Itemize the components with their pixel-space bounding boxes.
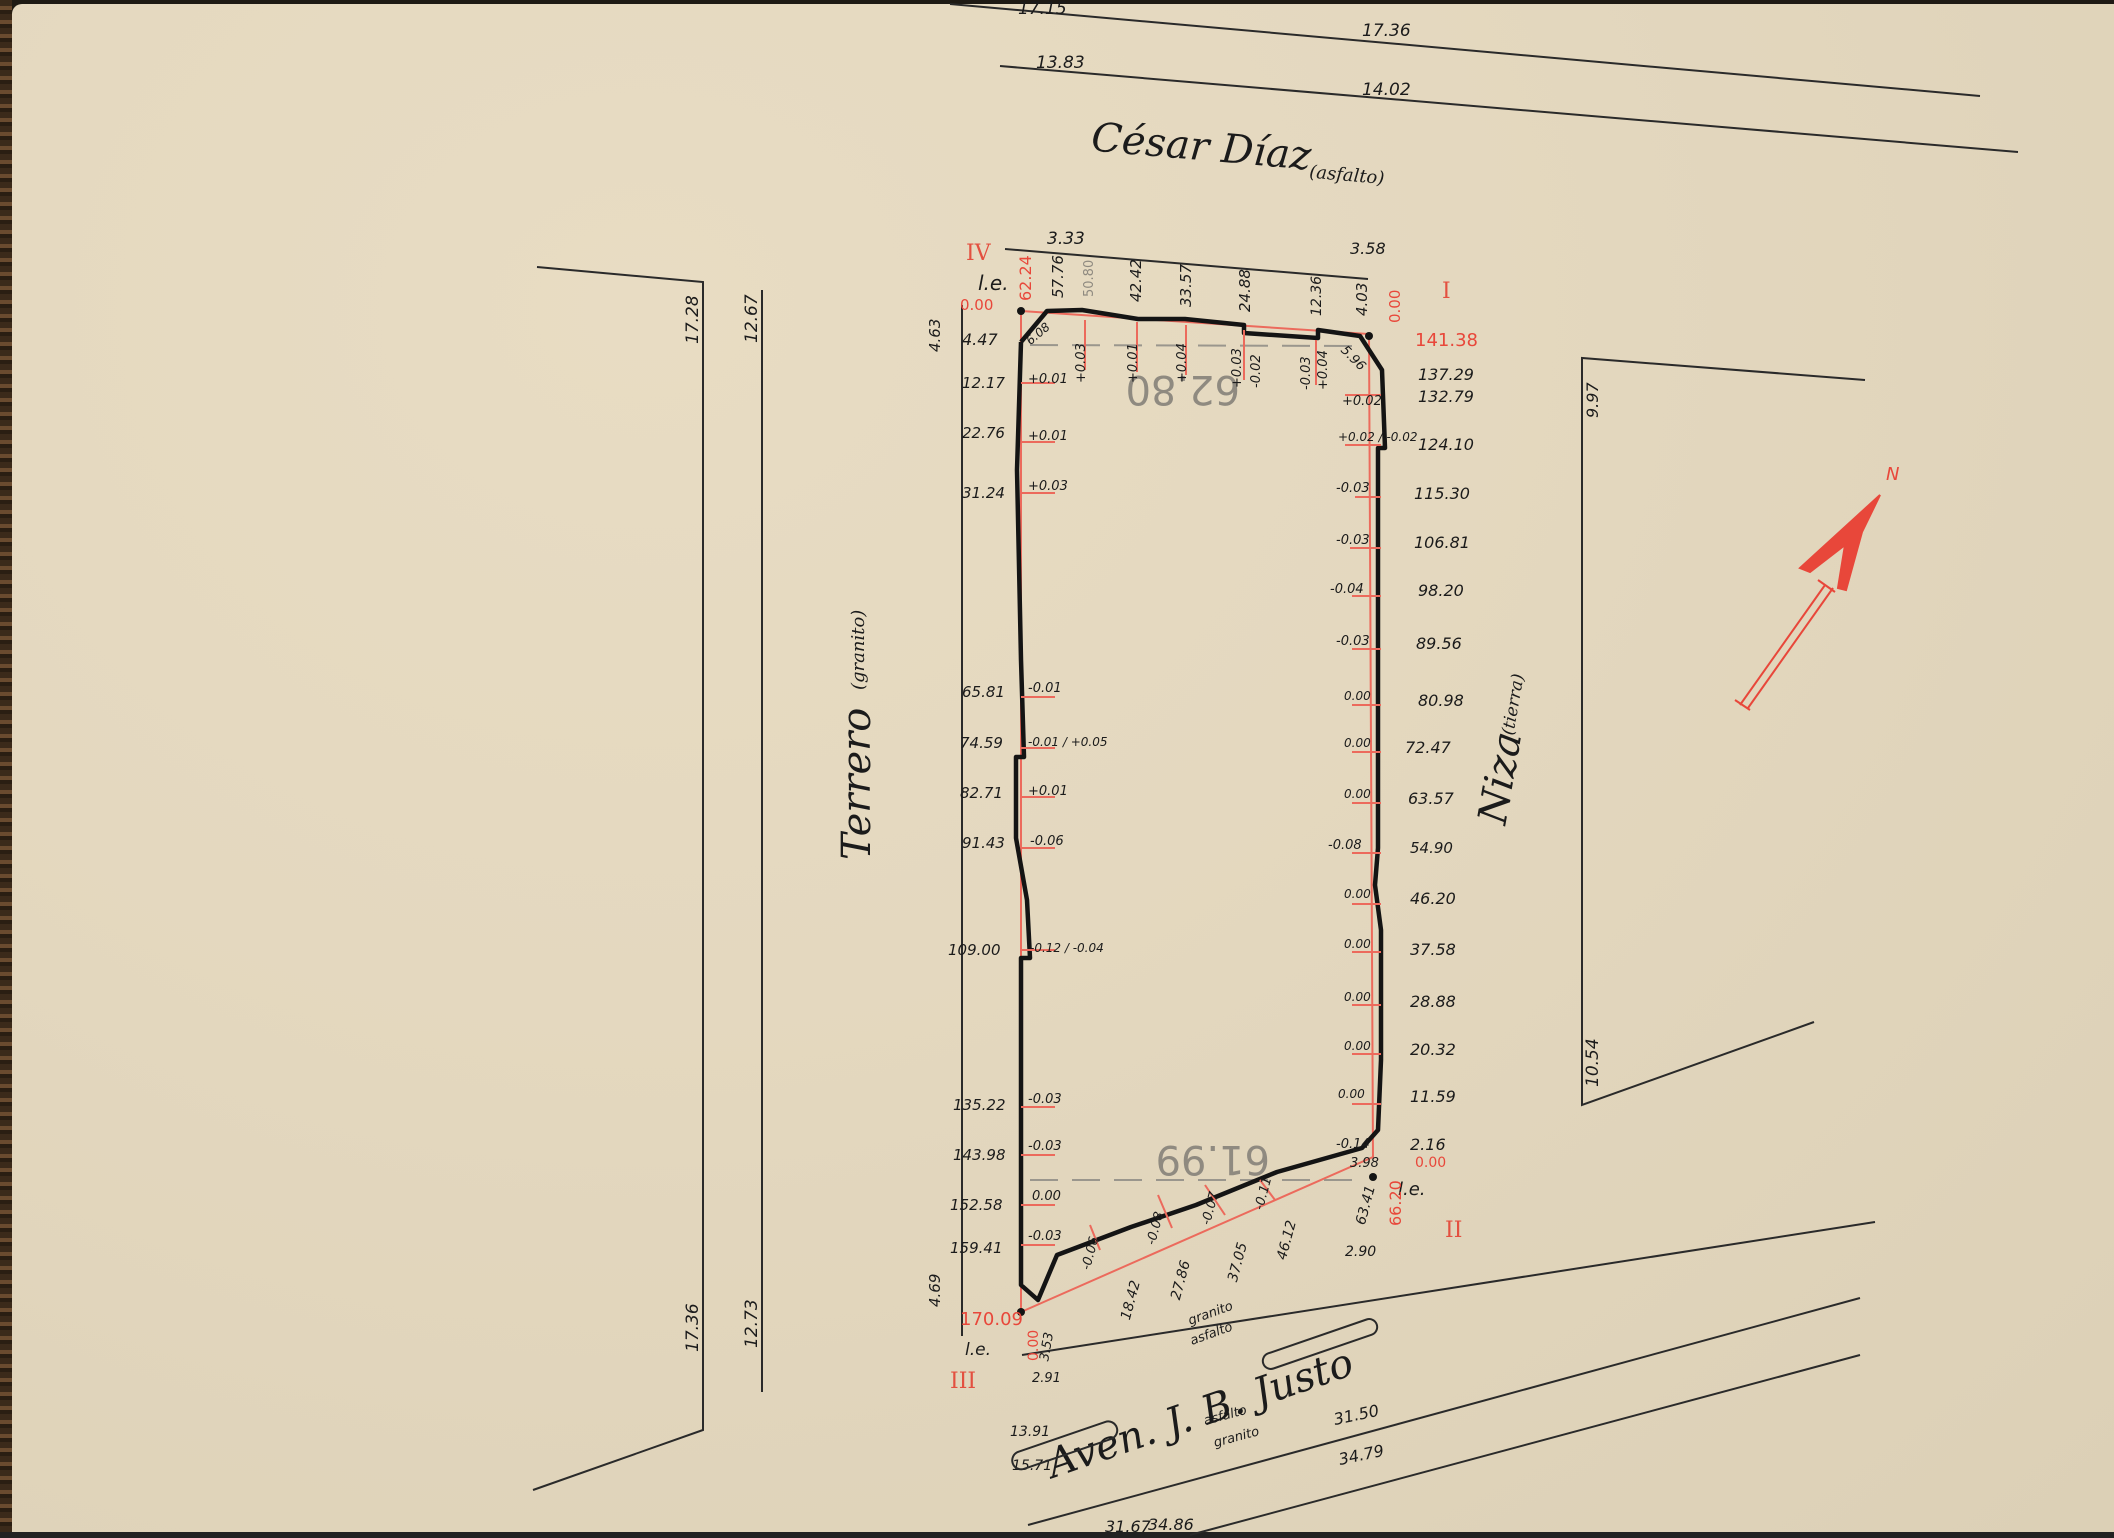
bottom-offset-ticks — [1090, 1180, 1275, 1250]
right-station: 63.57 — [1408, 789, 1455, 808]
corner-I-offset: 0.00 — [1386, 290, 1404, 323]
right-station: 124.10 — [1418, 435, 1474, 454]
bottom-station: 37.05 — [1225, 1241, 1251, 1284]
left-station: 143.98 — [953, 1146, 1006, 1164]
north-arrow-icon — [1735, 495, 1880, 710]
right-offset: 0.00 — [1344, 787, 1371, 801]
right-block-top: 9.97 — [1583, 382, 1602, 418]
right-station: 28.88 — [1410, 992, 1456, 1011]
right-block-lines — [1582, 358, 1865, 1105]
corner-I-label: I — [1442, 279, 1451, 304]
corner-III-label: III — [950, 1369, 976, 1394]
right-station: 98.20 — [1418, 581, 1464, 600]
street-label-niza: Niza (tierra) — [1470, 670, 1542, 829]
left-station: 74.59 — [960, 734, 1003, 752]
right-offset: -0.03 — [1336, 533, 1370, 548]
left-offset: +0.01 — [1028, 372, 1068, 387]
right-block-bottom: 10.54 — [1583, 1038, 1603, 1087]
street-name-bottom: Aven. J. B. Justo — [1038, 1340, 1360, 1489]
chamfer-right: 5.96 — [1337, 343, 1368, 374]
right-offset: -0.08 — [1328, 838, 1362, 853]
top-station: 24.88 — [1236, 269, 1254, 312]
top-offset: +0.04 — [1175, 343, 1190, 383]
left-station: 152.58 — [950, 1196, 1003, 1214]
right-station: 89.56 — [1416, 634, 1462, 653]
left-offset: -0.03 — [1028, 1139, 1062, 1154]
left-station: 109.00 — [948, 941, 1001, 959]
left-station: 159.41 — [950, 1239, 1003, 1257]
left-offset: -0.03 — [1028, 1092, 1062, 1107]
top-left-tick: 4.63 — [926, 319, 944, 352]
corner-II-value: 66.20 — [1386, 1180, 1405, 1226]
left-station: 82.71 — [960, 784, 1003, 802]
bottom-sidewalk-left: 2.91 — [1032, 1371, 1061, 1386]
top-width-a1: 17.15 — [1018, 0, 1067, 19]
corner-IV-offset: 0.00 — [960, 296, 993, 314]
corner-IV-value: 62.24 — [1016, 255, 1035, 301]
right-station: 132.79 — [1418, 387, 1474, 406]
left-offset: +0.01 — [1028, 429, 1068, 444]
left-offset: -0.12 / -0.04 — [1030, 941, 1104, 955]
left-offset: +0.01 — [1028, 784, 1068, 799]
right-offset: 0.00 — [1344, 1039, 1371, 1053]
left-offset: 0.00 — [1032, 1189, 1061, 1204]
right-offset: -0.14 — [1336, 1137, 1370, 1152]
right-station: 20.32 — [1410, 1040, 1456, 1059]
bottom-width-4: 34.79 — [1337, 1441, 1386, 1469]
street-label-cesar-diaz: César Díaz (asfalto) — [1089, 115, 1387, 190]
right-offset: -0.03 — [1336, 481, 1370, 496]
bottom-width-1: 13.91 — [1010, 1424, 1050, 1440]
right-offset: -0.04 — [1330, 582, 1364, 597]
left-station: 31.24 — [962, 484, 1005, 502]
right-station: 115.30 — [1414, 484, 1470, 503]
right-offset: 0.00 — [1344, 887, 1371, 901]
left-sidewalk-bottom: 12.73 — [742, 1299, 762, 1348]
corner-III-le: l.e. — [965, 1340, 991, 1360]
left-block-bottom-width: 17.36 — [683, 1303, 703, 1352]
top-stations: 57.76 50.80 42.42 33.57 24.88 12.36 4.03 — [1049, 255, 1371, 316]
bottom-width-3: 31.50 — [1332, 1401, 1381, 1429]
corner-IV-label: IV — [966, 241, 992, 266]
right-station: 46.20 — [1410, 889, 1456, 908]
left-station: 22.76 — [962, 424, 1005, 442]
corner-III-value: 170.09 — [960, 1309, 1023, 1330]
chamfer-left: 6.08 — [1023, 320, 1053, 348]
right-station: 80.98 — [1418, 691, 1464, 710]
left-offsets: +0.01 +0.01 +0.03 -0.01 -0.01 / +0.05 +0… — [1028, 372, 1108, 1244]
top-offset: -0.03 — [1299, 356, 1314, 390]
top-station: 42.42 — [1127, 259, 1145, 302]
left-offset: -0.03 — [1028, 1229, 1062, 1244]
top-station: 4.03 — [1353, 283, 1371, 316]
bottom-street-lines — [1022, 1222, 1875, 1535]
left-sidewalk-top: 12.67 — [742, 294, 762, 343]
right-station: 2.16 — [1410, 1135, 1446, 1154]
top-width-b2: 14.02 — [1362, 80, 1411, 100]
right-station: 72.47 — [1405, 738, 1452, 757]
top-station: 33.57 — [1177, 264, 1195, 307]
right-stations: 137.29 132.79 124.10 115.30 106.81 98.20… — [1405, 365, 1474, 1154]
bottom-offset: -0.08 — [1144, 1210, 1167, 1246]
right-offset: +0.02 — [1342, 394, 1382, 409]
left-station: 65.81 — [962, 683, 1005, 701]
top-offset: +0.01 — [1126, 343, 1141, 383]
left-offset-ticks — [1021, 383, 1055, 1245]
left-offset: -0.01 — [1028, 681, 1062, 696]
street-label-jb-justo: Aven. J. B. Justo — [1038, 1340, 1360, 1489]
top-offset: +0.03 — [1074, 343, 1089, 383]
dimension-dashes — [1030, 345, 1360, 1180]
right-station: 37.58 — [1410, 940, 1456, 959]
left-bottom-tick: 4.69 — [926, 1274, 944, 1307]
top-width-a2: 17.36 — [1362, 21, 1411, 41]
bottom-sidewalk-right: 2.90 — [1345, 1244, 1376, 1260]
right-station: 11.59 — [1410, 1087, 1456, 1106]
top-offset: +0.04 — [1316, 350, 1331, 390]
top-ext-right: 3.58 — [1350, 239, 1386, 258]
right-station: 54.90 — [1410, 839, 1453, 857]
corner-II-offset: 0.00 — [1415, 1155, 1446, 1171]
corner-II-label: II — [1445, 1218, 1462, 1243]
left-offset: -0.06 — [1030, 834, 1064, 849]
street-name-right: Niza — [1470, 728, 1532, 828]
right-offset: 0.00 — [1344, 937, 1371, 951]
top-station: 57.76 — [1049, 255, 1067, 298]
corner-I-value: 141.38 — [1415, 330, 1478, 351]
right-offset: 0.00 — [1344, 689, 1371, 703]
bottom-offset: -0.06 — [1079, 1235, 1102, 1271]
faint-dimension-bottom: 61.99 — [1155, 1136, 1270, 1182]
bottom-station: 46.12 — [1274, 1219, 1300, 1262]
right-chamfer: 3.98 — [1350, 1156, 1379, 1171]
north-label: N — [1886, 464, 1899, 485]
left-offset: -0.01 / +0.05 — [1028, 735, 1108, 749]
top-offset: -0.02 — [1249, 354, 1264, 388]
survey-plan: 17.15 17.36 13.83 14.02 César Díaz (asfa… — [0, 0, 2114, 1538]
bottom-station: 18.42 — [1118, 1279, 1144, 1322]
left-stations: 4.47 12.17 22.76 31.24 65.81 74.59 82.71… — [948, 330, 1006, 1257]
street-name-top: César Díaz — [1090, 115, 1314, 180]
right-offset: 0.00 — [1344, 990, 1371, 1004]
top-width-b1: 13.83 — [1036, 53, 1085, 73]
right-offset: +0.02 / -0.02 — [1338, 430, 1418, 444]
bottom-width-5: 31.67 — [1105, 1517, 1152, 1536]
left-station: 12.17 — [962, 374, 1005, 392]
top-ext-left: 3.33 — [1047, 229, 1085, 249]
right-station: 137.29 — [1418, 365, 1474, 384]
left-station: 4.47 — [962, 330, 998, 349]
bottom-station: 63.41 — [1353, 1184, 1379, 1227]
left-offset: +0.03 — [1028, 479, 1068, 494]
street-surface-right: (tierra) — [1498, 672, 1528, 737]
left-block-top-width: 17.28 — [683, 295, 703, 344]
right-offset: 0.00 — [1338, 1087, 1365, 1101]
bottom-station: 27.86 — [1168, 1259, 1194, 1302]
right-offset: 0.00 — [1344, 736, 1371, 750]
top-station: 50.80 — [1082, 260, 1097, 297]
left-station: 135.22 — [953, 1096, 1006, 1114]
street-name-left: Terrero — [834, 708, 880, 860]
top-offset: +0.03 — [1230, 348, 1245, 388]
top-station: 12.36 — [1309, 276, 1325, 316]
right-station: 106.81 — [1414, 533, 1470, 552]
street-surface-top: (asfalto) — [1308, 162, 1385, 189]
left-station: 91.43 — [962, 834, 1005, 852]
bottom-width-6: 34.86 — [1148, 1515, 1194, 1534]
bottom-offset: -0.07 — [1199, 1190, 1222, 1227]
right-offset: -0.03 — [1336, 634, 1370, 649]
street-surface-left: (granito) — [848, 610, 869, 690]
corner-IV-le: l.e. — [978, 271, 1009, 295]
street-label-terrero: Terrero (granito) — [834, 610, 880, 860]
